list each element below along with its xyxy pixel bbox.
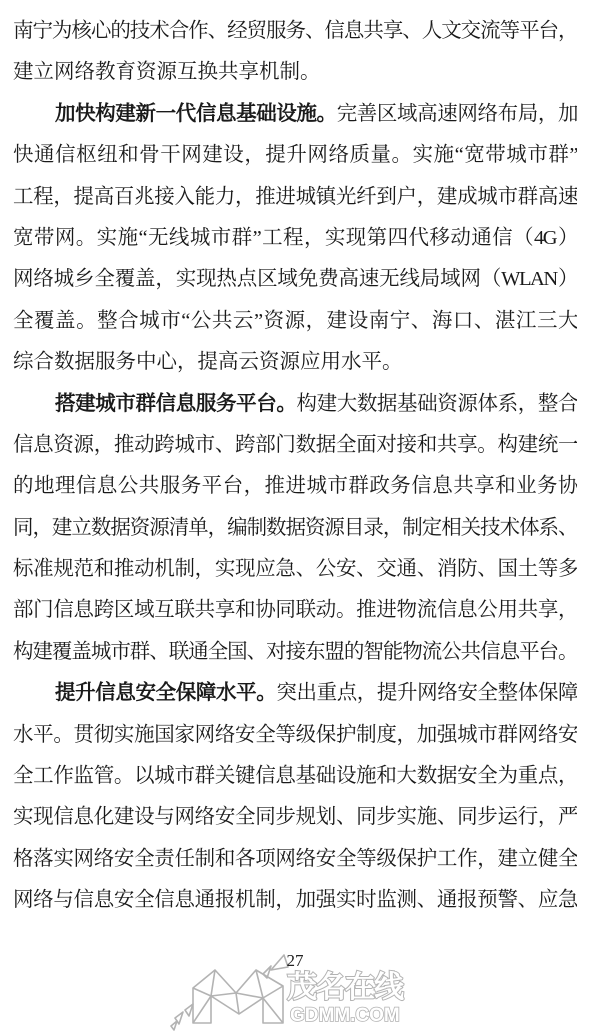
line-text: 完善区域高速网络布局，加: [337, 103, 577, 125]
line-text: 格落实网络安全责任制和各项网络安全等级保护工作，建立健全: [13, 848, 577, 870]
text-line: 构建覆盖城市群、联通全国、对接东盟的智能物流公共信息平台。: [13, 632, 577, 673]
watermark-site-name: 茂名在线: [287, 971, 405, 1004]
text-line: 同，建立数据资源清单，编制数据资源目录，制定相关技术体系、: [13, 508, 577, 549]
line-text: 突出重点，提升网络安全整体保障: [276, 682, 577, 704]
text-line: 网络与信息安全信息通报机制，加强实时监测、通报预警、应急: [13, 880, 577, 921]
document-page: 南宁为核心的技术合作、经贸服务、信息共享、人文交流等平台，建立网络教育资源互换共…: [0, 0, 590, 1036]
text-line: 网络城乡全覆盖，实现热点区域免费高速无线局域网（WLAN）: [13, 259, 577, 300]
text-line: 部门信息跨区域互联共享和协同联动。推进物流信息公用共享，: [13, 590, 577, 631]
text-line: 全覆盖。整合城市“公共云”资源，建设南宁、海口、湛江三大: [13, 301, 577, 342]
text-line: 宽带网。实施“无线城市群”工程，实现第四代移动通信（4G）: [13, 218, 577, 259]
text-line: 建立网络教育资源互换共享机制。: [13, 52, 577, 93]
line-text: 构建大数据基础资源体系，整合: [296, 393, 577, 415]
line-text: 水平。贯彻实施国家网络安全等级保护制度，加强城市群网络安: [13, 724, 577, 746]
text-line: 全工作监管。以城市群关键信息基础设施和大数据安全为重点，: [13, 756, 577, 797]
text-line: 的地理信息公共服务平台，推进城市群政务信息共享和业务协: [13, 466, 577, 507]
line-text: 快通信枢纽和骨干网建设，提升网络质量。实施“宽带城市群”: [13, 144, 577, 166]
line-text: 建立网络教育资源互换共享机制。: [13, 61, 321, 83]
text-line: 加快构建新一代信息基础设施。完善区域高速网络布局，加: [13, 94, 577, 135]
line-text: 标准规范和推动机制，实现应急、公安、交通、消防、国土等多: [13, 558, 577, 580]
text-line: 工程，提高百兆接入能力，推进城镇光纤到户，建成城市群高速: [13, 177, 577, 218]
line-text: 宽带网。实施“无线城市群”工程，实现第四代移动通信（4G）: [13, 227, 577, 249]
watermark-domain: GDMM.COM: [290, 1005, 400, 1026]
line-text: 实现信息化建设与网络安全同步规划、同步实施、同步运行，严: [13, 806, 577, 828]
line-text: 构建覆盖城市群、联通全国、对接东盟的智能物流公共信息平台。: [13, 641, 577, 663]
paragraph-heading: 搭建城市群信息服务平台。: [55, 393, 296, 415]
paragraph-heading: 提升信息安全保障水平。: [55, 682, 276, 704]
text-line: 格落实网络安全责任制和各项网络安全等级保护工作，建立健全: [13, 839, 577, 880]
text-line: 实现信息化建设与网络安全同步规划、同步实施、同步运行，严: [13, 797, 577, 838]
text-line: 水平。贯彻实施国家网络安全等级保护制度，加强城市群网络安: [13, 715, 577, 756]
text-line: 信息资源，推动跨城市、跨部门数据全面对接和共享。构建统一: [13, 425, 577, 466]
paragraph-heading: 加快构建新一代信息基础设施。: [55, 103, 337, 125]
line-text: 同，建立数据资源清单，编制数据资源目录，制定相关技术体系、: [13, 517, 577, 539]
text-line: 综合数据服务中心，提高云资源应用水平。: [13, 342, 577, 383]
line-text: 南宁为核心的技术合作、经贸服务、信息共享、人文交流等平台，: [13, 20, 577, 42]
line-text: 网络与信息安全信息通报机制，加强实时监测、通报预警、应急: [13, 889, 577, 911]
text-line: 提升信息安全保障水平。突出重点，提升网络安全整体保障: [13, 673, 577, 714]
line-text: 全覆盖。整合城市“公共云”资源，建设南宁、海口、湛江三大: [13, 310, 577, 332]
line-text: 全工作监管。以城市群关键信息基础设施和大数据安全为重点，: [13, 765, 577, 787]
line-text: 工程，提高百兆接入能力，推进城镇光纤到户，建成城市群高速: [13, 186, 577, 208]
line-text: 信息资源，推动跨城市、跨部门数据全面对接和共享。构建统一: [13, 434, 577, 456]
line-text: 综合数据服务中心，提高云资源应用水平。: [13, 351, 403, 373]
line-text: 网络城乡全覆盖，实现热点区域免费高速无线局域网（WLAN）: [13, 268, 577, 290]
text-line: 南宁为核心的技术合作、经贸服务、信息共享、人文交流等平台，: [13, 11, 577, 52]
text-line: 快通信枢纽和骨干网建设，提升网络质量。实施“宽带城市群”: [13, 135, 577, 176]
text-line: 搭建城市群信息服务平台。构建大数据基础资源体系，整合: [13, 384, 577, 425]
line-text: 部门信息跨区域互联共享和协同联动。推进物流信息公用共享，: [13, 599, 577, 621]
page-number: 27: [0, 951, 590, 971]
line-text: 的地理信息公共服务平台，推进城市群政务信息共享和业务协: [13, 475, 577, 497]
text-line: 标准规范和推动机制，实现应急、公安、交通、消防、国土等多: [13, 549, 577, 590]
document-body: 南宁为核心的技术合作、经贸服务、信息共享、人文交流等平台，建立网络教育资源互换共…: [13, 11, 577, 922]
